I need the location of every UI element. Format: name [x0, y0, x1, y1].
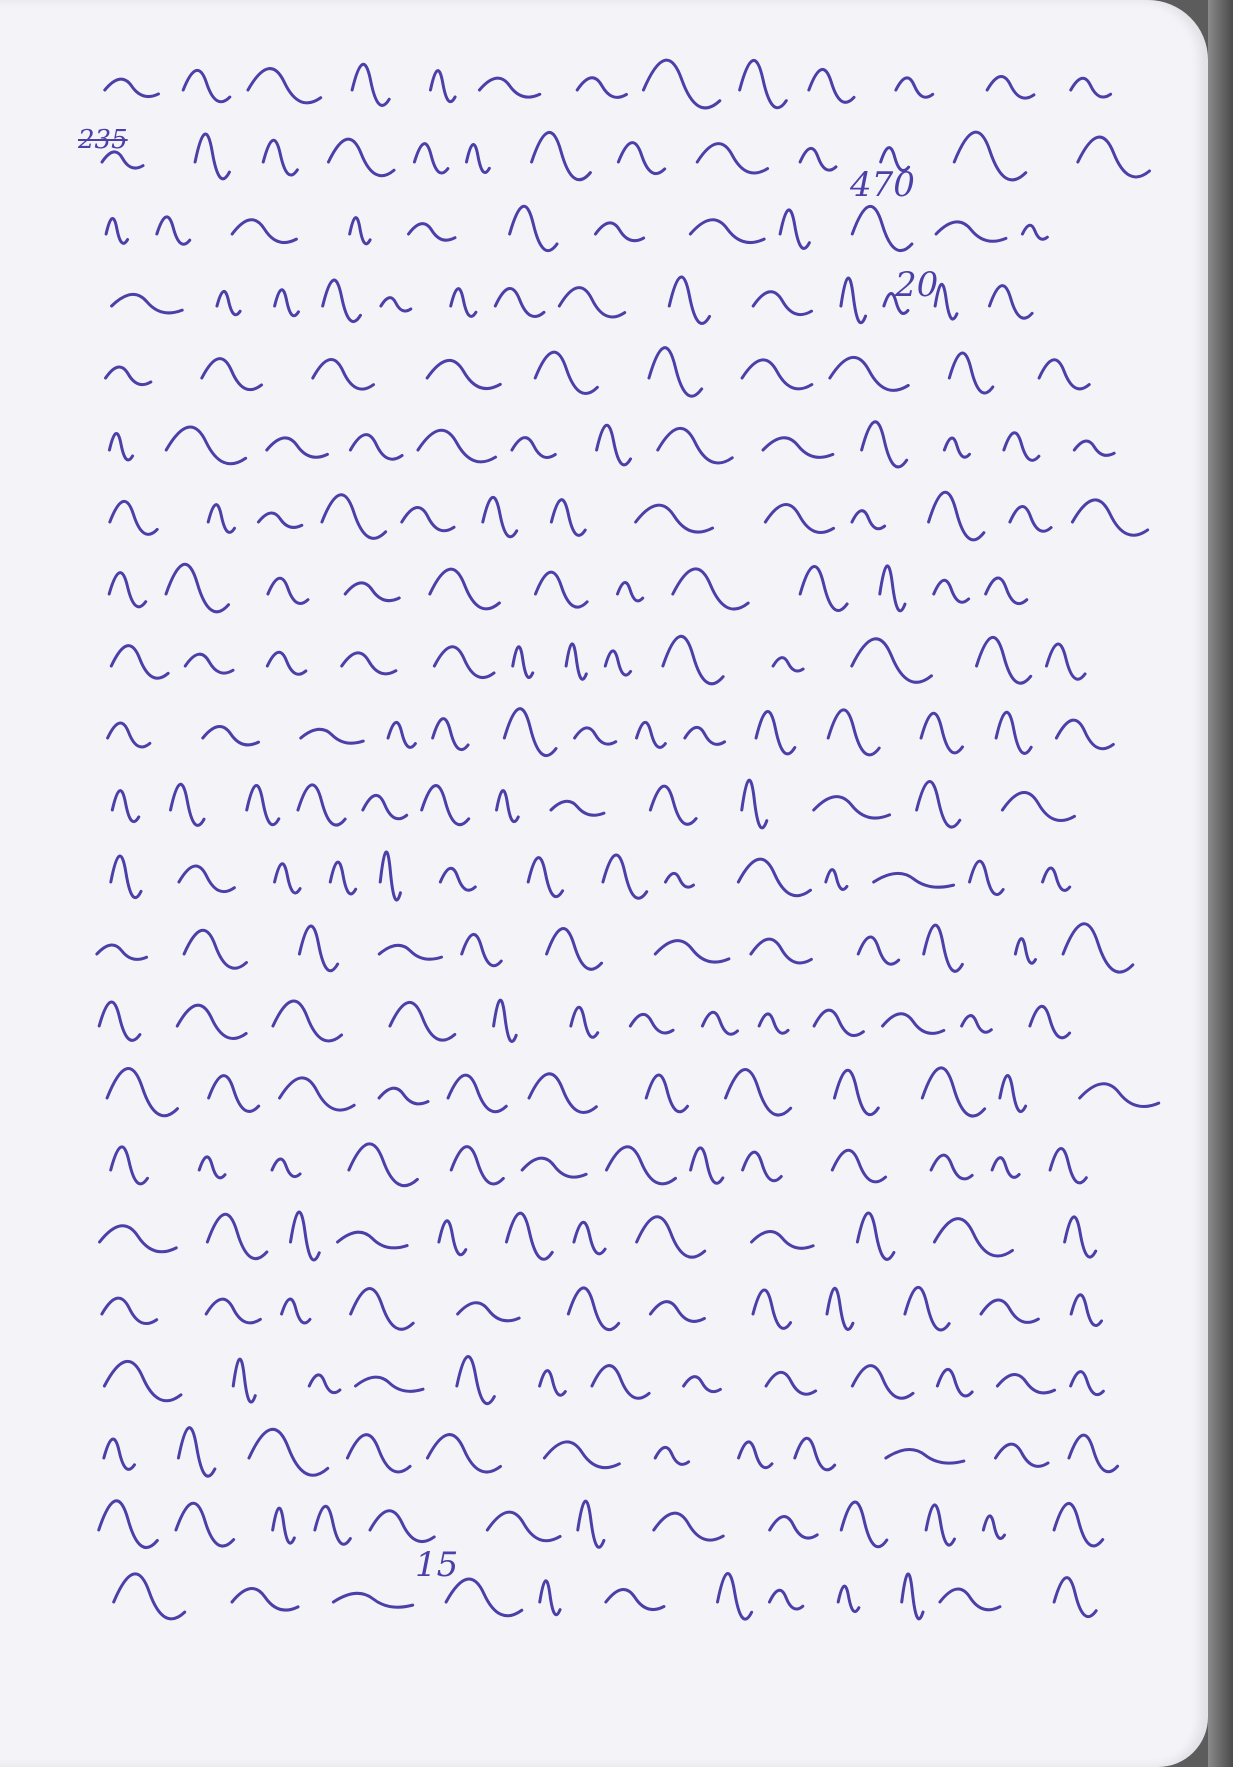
- ink-stroke: [106, 218, 127, 243]
- ink-stroke: [1071, 1295, 1101, 1326]
- ink-stroke: [726, 1070, 791, 1116]
- ink-stroke: [830, 357, 908, 390]
- ink-stroke: [1074, 441, 1114, 455]
- ink-stroke: [203, 726, 259, 744]
- ink-stroke: [166, 564, 229, 612]
- ink-stroke: [983, 1516, 1004, 1539]
- ink-stroke: [740, 60, 787, 107]
- ink-stroke: [263, 140, 297, 175]
- ink-stroke: [753, 292, 811, 315]
- ink-stroke: [111, 1147, 148, 1184]
- ink-stroke: [512, 438, 555, 458]
- ink-stroke: [738, 859, 810, 896]
- page-edge: [1208, 0, 1233, 1767]
- ink-stroke: [595, 223, 643, 241]
- handwritten-number: 20: [895, 265, 938, 305]
- ink-stroke: [280, 1078, 355, 1110]
- ink-stroke: [109, 573, 146, 607]
- ink-stroke: [697, 144, 767, 173]
- ink-stroke: [439, 1221, 466, 1255]
- ink-stroke: [273, 1508, 295, 1543]
- ink-stroke: [177, 1005, 246, 1038]
- ink-stroke: [352, 64, 389, 105]
- ink-stroke: [1054, 1503, 1103, 1545]
- ink-stroke: [535, 572, 587, 607]
- ink-stroke: [814, 1010, 863, 1035]
- ink-stroke: [298, 785, 345, 825]
- ink-stroke: [1004, 433, 1039, 461]
- ink-stroke: [448, 1075, 506, 1112]
- ink-stroke: [896, 78, 933, 97]
- ink-stroke: [109, 433, 132, 459]
- ink-stroke: [886, 1449, 964, 1463]
- ink-stroke: [643, 60, 719, 108]
- ink-stroke: [532, 132, 591, 179]
- ink-stroke: [249, 1429, 328, 1475]
- ink-stroke: [770, 1517, 818, 1539]
- ink-stroke: [646, 1075, 687, 1112]
- ink-stroke: [630, 1014, 673, 1033]
- ink-stroke: [1000, 1076, 1026, 1112]
- ink-stroke: [1002, 792, 1074, 820]
- ink-stroke: [828, 710, 879, 755]
- ink-stroke: [917, 782, 960, 828]
- ink-stroke: [852, 639, 932, 682]
- ink-stroke: [282, 1299, 310, 1323]
- ink-stroke: [540, 1581, 560, 1615]
- ink-stroke: [217, 291, 240, 314]
- ink-stroke: [483, 497, 517, 536]
- ink-stroke: [363, 795, 407, 818]
- handwritten-number: 470: [850, 165, 915, 205]
- ink-stroke: [1022, 225, 1047, 239]
- ink-stroke: [650, 786, 696, 824]
- ink-stroke: [111, 856, 141, 898]
- ink-stroke: [206, 1299, 260, 1323]
- ink-stroke: [1080, 1084, 1159, 1107]
- shorthand-strokes: [0, 0, 1208, 1767]
- ink-stroke: [323, 280, 361, 321]
- ink-stroke: [275, 864, 300, 893]
- ink-stroke: [655, 941, 729, 962]
- ink-stroke: [766, 1372, 816, 1394]
- ink-stroke: [299, 926, 337, 971]
- ink-stroke: [1071, 1372, 1104, 1395]
- ink-stroke: [418, 430, 496, 462]
- ink-stroke: [606, 1147, 675, 1184]
- ink-stroke: [937, 1369, 972, 1396]
- ink-stroke: [618, 143, 664, 174]
- ink-stroke: [902, 1574, 923, 1619]
- ink-stroke: [962, 1016, 992, 1033]
- ink-stroke: [992, 1158, 1019, 1178]
- ink-stroke: [347, 1435, 410, 1472]
- ink-stroke: [414, 144, 447, 173]
- ink-stroke: [568, 1288, 618, 1330]
- ink-stroke: [934, 1219, 1012, 1256]
- ink-stroke: [434, 647, 494, 678]
- ink-stroke: [1078, 137, 1150, 177]
- ink-stroke: [510, 206, 557, 250]
- ink-stroke: [650, 1302, 704, 1322]
- ink-stroke: [665, 873, 693, 887]
- ink-stroke: [157, 217, 190, 244]
- ink-stroke: [166, 427, 245, 464]
- ink-stroke: [1039, 360, 1089, 389]
- ink-stroke: [922, 1068, 984, 1116]
- ink-stroke: [1015, 939, 1035, 964]
- ink-stroke: [248, 69, 321, 103]
- ink-stroke: [97, 945, 147, 959]
- ink-stroke: [691, 1148, 723, 1183]
- ink-stroke: [1065, 1217, 1096, 1257]
- ink-stroke: [176, 1503, 234, 1546]
- ink-stroke: [637, 722, 666, 747]
- ink-stroke: [202, 359, 262, 390]
- ink-stroke: [1056, 720, 1113, 749]
- ink-stroke: [497, 791, 519, 822]
- ink-stroke: [936, 222, 1006, 241]
- ink-stroke: [462, 934, 502, 965]
- ink-stroke: [997, 1374, 1054, 1392]
- ink-stroke: [977, 637, 1031, 683]
- ink-stroke: [114, 1574, 185, 1619]
- ink-stroke: [544, 1442, 619, 1468]
- handwritten-number: 15: [415, 1545, 458, 1585]
- ink-stroke: [970, 861, 1004, 894]
- ink-stroke: [551, 801, 604, 815]
- ink-stroke: [430, 569, 500, 609]
- ink-stroke: [291, 1212, 320, 1260]
- ink-stroke: [658, 428, 732, 463]
- ink-stroke: [338, 1232, 408, 1248]
- ink-stroke: [931, 1155, 972, 1179]
- ink-stroke: [756, 712, 795, 754]
- ink-stroke: [883, 1014, 944, 1034]
- ink-stroke: [451, 1147, 503, 1184]
- ink-stroke: [753, 1290, 791, 1328]
- ink-stroke: [105, 79, 159, 96]
- ink-stroke: [655, 1447, 688, 1464]
- ink-stroke: [494, 1000, 517, 1041]
- ink-stroke: [451, 289, 476, 317]
- ink-stroke: [1030, 1006, 1070, 1037]
- ink-stroke: [606, 1589, 664, 1609]
- ink-stroke: [841, 1502, 887, 1547]
- ink-stroke: [702, 1012, 737, 1034]
- ink-stroke: [921, 713, 962, 753]
- ink-stroke: [603, 855, 647, 898]
- ink-stroke: [495, 288, 544, 316]
- ink-stroke: [457, 1357, 495, 1404]
- ink-stroke: [663, 636, 723, 683]
- ink-stroke: [905, 1287, 949, 1330]
- ink-stroke: [313, 359, 374, 389]
- ink-stroke: [1054, 1578, 1096, 1617]
- ink-stroke: [183, 70, 230, 101]
- ink-stroke: [636, 505, 713, 532]
- ink-stroke: [487, 1512, 560, 1541]
- ink-stroke: [422, 786, 469, 825]
- ink-stroke: [852, 206, 912, 250]
- ink-stroke: [409, 224, 455, 241]
- ink-stroke: [669, 277, 709, 323]
- ink-stroke: [949, 353, 992, 393]
- ink-stroke: [301, 729, 363, 743]
- ink-stroke: [1050, 1149, 1086, 1183]
- struck-number: 235: [78, 125, 128, 155]
- ink-stroke: [504, 709, 556, 756]
- ink-stroke: [345, 583, 399, 601]
- ink-stroke: [427, 360, 500, 388]
- ink-stroke: [759, 1014, 788, 1033]
- ink-stroke: [795, 1438, 835, 1470]
- ink-stroke: [466, 145, 489, 173]
- ink-stroke: [179, 866, 234, 892]
- ink-stroke: [834, 1070, 878, 1114]
- ink-stroke: [440, 868, 475, 890]
- ink-stroke: [458, 1303, 519, 1321]
- ink-stroke: [989, 286, 1032, 319]
- ink-stroke: [110, 501, 157, 534]
- ink-stroke: [577, 78, 626, 98]
- ink-stroke: [857, 1213, 894, 1259]
- ink-stroke: [342, 653, 396, 674]
- ink-stroke: [184, 930, 246, 968]
- ink-stroke: [826, 870, 847, 890]
- ink-stroke: [827, 1288, 853, 1329]
- ink-stroke: [551, 500, 585, 536]
- ink-stroke: [402, 507, 454, 530]
- ink-stroke: [858, 937, 898, 964]
- ink-stroke: [528, 858, 562, 897]
- ink-stroke: [592, 1366, 649, 1399]
- ink-stroke: [195, 134, 229, 179]
- ink-stroke: [862, 422, 907, 467]
- ink-stroke: [800, 566, 847, 610]
- ink-stroke: [773, 658, 803, 671]
- ink-stroke: [718, 1573, 752, 1619]
- ink-stroke: [322, 495, 386, 539]
- ink-stroke: [809, 69, 854, 102]
- ink-stroke: [924, 925, 963, 971]
- ink-stroke: [578, 1501, 604, 1547]
- ink-stroke: [379, 945, 441, 959]
- ink-stroke: [112, 791, 138, 822]
- ink-stroke: [513, 647, 533, 678]
- ink-stroke: [852, 511, 885, 529]
- ink-stroke: [751, 939, 811, 963]
- ink-stroke: [605, 651, 630, 675]
- ink-stroke: [926, 1505, 954, 1545]
- ink-stroke: [315, 1506, 350, 1544]
- ink-stroke: [874, 873, 954, 887]
- ink-stroke: [1072, 500, 1147, 535]
- ink-stroke: [99, 1501, 158, 1548]
- ink-stroke: [356, 1377, 423, 1391]
- ink-stroke: [934, 580, 969, 602]
- ink-stroke: [800, 148, 836, 170]
- ink-stroke: [208, 505, 234, 533]
- ink-stroke: [571, 1007, 598, 1037]
- ink-stroke: [267, 438, 328, 457]
- ink-stroke: [349, 1144, 417, 1186]
- ink-stroke: [566, 644, 586, 679]
- ink-stroke: [102, 1298, 157, 1323]
- ink-stroke: [381, 298, 411, 311]
- ink-stroke: [107, 1068, 177, 1115]
- ink-stroke: [207, 1214, 266, 1258]
- ink-stroke: [987, 76, 1034, 98]
- ink-stroke: [597, 425, 631, 465]
- ink-stroke: [838, 1586, 859, 1611]
- ink-stroke: [388, 722, 415, 747]
- ink-stroke: [171, 784, 204, 825]
- ink-stroke: [575, 728, 616, 744]
- ink-stroke: [637, 1217, 705, 1257]
- ink-stroke: [649, 348, 702, 397]
- ink-stroke: [742, 360, 812, 389]
- ink-stroke: [380, 852, 400, 900]
- ink-stroke: [547, 929, 602, 970]
- ink-stroke: [752, 1231, 814, 1248]
- ink-stroke: [522, 1158, 586, 1177]
- ink-stroke: [935, 284, 957, 319]
- ink-stroke: [1071, 78, 1111, 97]
- ink-stroke: [390, 1002, 455, 1040]
- ink-stroke: [479, 78, 539, 97]
- ink-stroke: [108, 723, 150, 747]
- ink-stroke: [743, 1152, 782, 1181]
- ink-stroke: [940, 1589, 1000, 1610]
- ink-stroke: [814, 797, 890, 818]
- ink-stroke: [247, 785, 279, 824]
- ink-stroke: [832, 1150, 885, 1182]
- ink-stroke: [506, 1213, 552, 1259]
- ink-stroke: [1043, 868, 1070, 890]
- ink-stroke: [763, 438, 833, 458]
- ink-stroke: [430, 71, 455, 102]
- ink-stroke: [880, 566, 905, 611]
- ink-stroke: [232, 1589, 298, 1611]
- ink-stroke: [330, 862, 355, 894]
- ink-stroke: [328, 139, 394, 176]
- ink-stroke: [559, 288, 624, 317]
- ink-stroke: [350, 435, 402, 460]
- ink-stroke: [1069, 1435, 1118, 1472]
- ink-stroke: [99, 1002, 140, 1040]
- ink-stroke: [1010, 507, 1051, 532]
- ink-stroke: [780, 210, 809, 248]
- ink-stroke: [1046, 644, 1085, 679]
- ink-stroke: [273, 1001, 342, 1041]
- ink-stroke: [765, 505, 833, 533]
- ink-stroke: [690, 220, 764, 243]
- ink-stroke: [268, 578, 308, 603]
- ink-stroke: [106, 367, 151, 385]
- ink-stroke: [654, 1513, 723, 1540]
- ink-stroke: [258, 513, 301, 527]
- ink-stroke: [981, 1300, 1038, 1322]
- ink-stroke: [309, 1375, 340, 1393]
- ink-stroke: [574, 1222, 605, 1253]
- ink-stroke: [739, 1442, 772, 1468]
- ink-stroke: [104, 1439, 135, 1469]
- ink-stroke: [232, 220, 296, 243]
- ink-stroke: [742, 780, 767, 828]
- ink-stroke: [267, 652, 306, 674]
- ink-stroke: [433, 719, 468, 750]
- ink-stroke: [370, 1511, 434, 1542]
- ink-stroke: [852, 1366, 913, 1399]
- ink-stroke: [944, 438, 969, 457]
- ink-stroke: [272, 1159, 300, 1177]
- notebook-page: 470 20 235 15: [0, 0, 1208, 1767]
- ink-stroke: [351, 1289, 414, 1330]
- ink-stroke: [233, 1359, 255, 1402]
- ink-stroke: [535, 352, 597, 393]
- ink-stroke: [929, 492, 984, 540]
- ink-stroke: [333, 1593, 412, 1607]
- ink-stroke: [427, 1435, 500, 1473]
- ink-stroke: [178, 1428, 214, 1476]
- ink-stroke: [104, 1361, 181, 1400]
- ink-stroke: [685, 727, 725, 744]
- ink-stroke: [841, 278, 866, 323]
- ink-stroke: [379, 1088, 428, 1104]
- ink-stroke: [954, 132, 1026, 180]
- ink-stroke: [529, 1074, 596, 1113]
- ink-stroke: [350, 218, 370, 244]
- ink-stroke: [112, 294, 183, 313]
- ink-stroke: [185, 654, 233, 673]
- ink-stroke: [996, 712, 1031, 753]
- ink-stroke: [111, 646, 168, 679]
- ink-stroke: [540, 1371, 566, 1396]
- ink-stroke: [995, 1444, 1048, 1466]
- ink-stroke: [1063, 924, 1133, 972]
- ink-stroke: [199, 1157, 225, 1178]
- ink-stroke: [209, 1076, 259, 1112]
- ink-stroke: [986, 578, 1027, 604]
- ink-stroke: [100, 1226, 177, 1252]
- ink-stroke: [769, 1590, 802, 1609]
- ink-stroke: [673, 569, 748, 609]
- ink-stroke: [275, 290, 299, 316]
- ink-stroke: [684, 1377, 721, 1392]
- ink-stroke: [617, 583, 642, 601]
